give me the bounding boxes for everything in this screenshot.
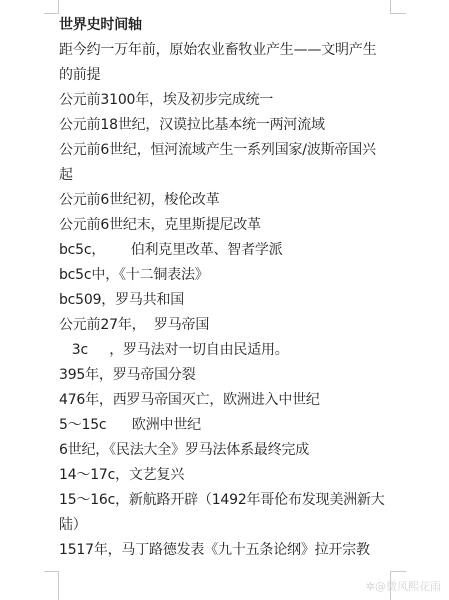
page-corner-mark-bottom-left (44, 571, 59, 600)
timeline-line: bc509，罗马共和国 (59, 288, 399, 313)
timeline-line: 陆） (59, 513, 399, 538)
timeline-line: 公元前6世纪初，梭伦改革 (59, 188, 399, 213)
page-corner-mark-top-left (44, 0, 59, 14)
timeline-line: bc5c， 伯利克里改革、智者学派 (59, 238, 399, 263)
timeline-line: 起 (59, 163, 399, 188)
document-title: 世界史时间轴 (59, 13, 399, 38)
timeline-line: 公元前6世纪末，克里斯提尼改革 (59, 213, 399, 238)
watermark: ✲@微风熙花雨 (366, 578, 441, 594)
timeline-line: 3c ，罗马法对一切自由民适用。 (59, 338, 399, 363)
document-body: 世界史时间轴 距今约一万年前，原始农业畜牧业产生——文明产生 的前提 公元前31… (59, 13, 399, 563)
timeline-line: 的前提 (59, 63, 399, 88)
timeline-line: 5～15c 欧洲中世纪 (59, 413, 399, 438)
timeline-line: bc5c中，《十二铜表法》 (59, 263, 399, 288)
timeline-line: 公元前18世纪，汉谟拉比基本统一两河流域 (59, 113, 399, 138)
timeline-line: 15～16c，新航路开辟（1492年哥伦布发现美洲新大 (59, 488, 399, 513)
timeline-line: 1517年，马丁路德发表《九十五条论纲》拉开宗教 (59, 538, 399, 563)
timeline-line: 距今约一万年前，原始农业畜牧业产生——文明产生 (59, 38, 399, 63)
timeline-line: 公元前6世纪，恒河流域产生一系列国家/波斯帝国兴 (59, 138, 399, 163)
timeline-line: 14～17c，文艺复兴 (59, 463, 399, 488)
timeline-line: 公元前3100年，埃及初步完成统一 (59, 88, 399, 113)
timeline-line: 公元前27年， 罗马帝国 (59, 313, 399, 338)
timeline-line: 476年，西罗马帝国灭亡，欧洲进入中世纪 (59, 388, 399, 413)
timeline-line: 6世纪，《民法大全》罗马法体系最终完成 (59, 438, 399, 463)
page-corner-mark-top-right (390, 0, 406, 14)
timeline-line: 395年，罗马帝国分裂 (59, 363, 399, 388)
